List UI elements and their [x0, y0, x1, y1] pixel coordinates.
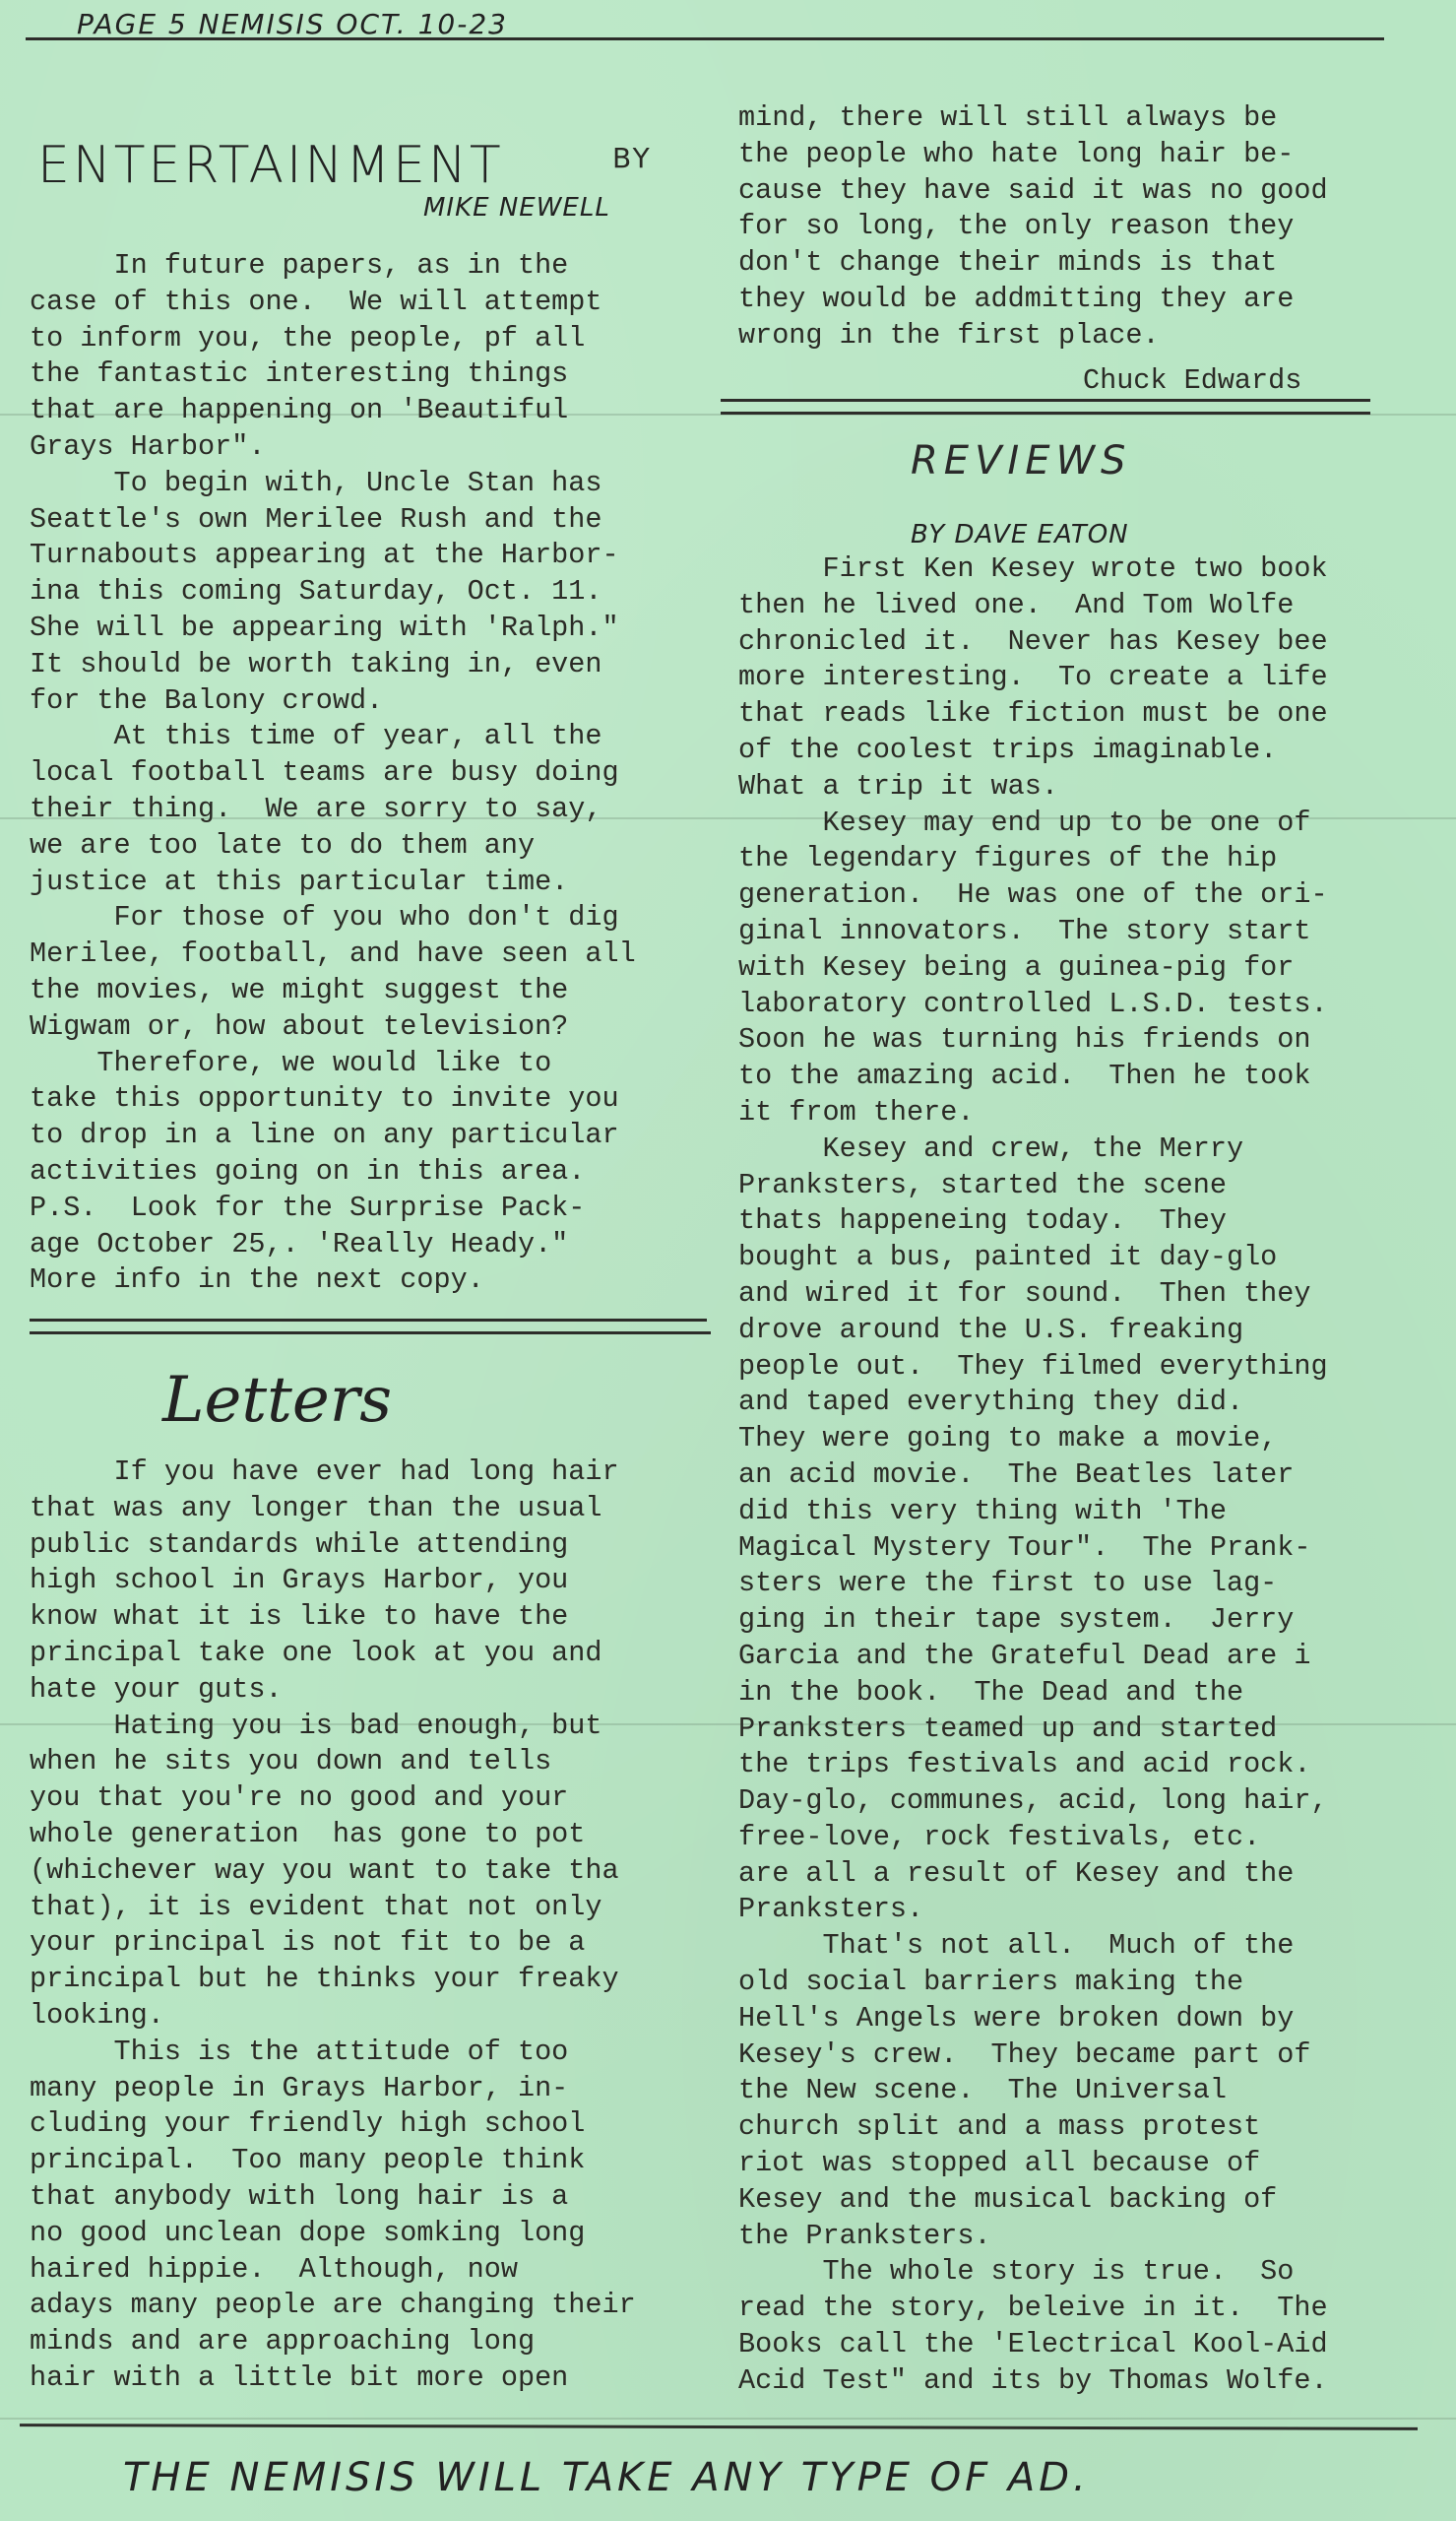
text-line: Pranksters.	[738, 1892, 1328, 1928]
text-line: local football teams are busy doing	[30, 755, 636, 792]
text-line: then he lived one. And Tom Wolfe	[738, 588, 1328, 624]
text-line: P.S. Look for the Surprise Pack-	[30, 1191, 636, 1227]
text-line: Seattle's own Merilee Rush and the	[30, 502, 636, 539]
text-line: are all a result of Kesey and the	[738, 1856, 1328, 1893]
paper-fold-line	[0, 2418, 1456, 2420]
entertainment-heading: ENTERTAINMENT	[37, 136, 504, 195]
text-line: with Kesey being a guinea-pig for	[738, 950, 1328, 987]
text-line: Pranksters teamed up and started	[738, 1712, 1328, 1748]
text-line: we are too late to do them any	[30, 828, 636, 865]
text-line: Turnabouts appearing at the Harbor-	[30, 538, 636, 574]
text-line: thats happeneing today. They	[738, 1203, 1328, 1240]
section-divider-rule	[30, 1331, 711, 1334]
text-line: it from there.	[738, 1095, 1328, 1131]
text-line: principal take one look at you and	[30, 1636, 636, 1672]
text-line: In future papers, as in the	[30, 248, 636, 285]
text-line: Acid Test" and its by Thomas Wolfe.	[738, 2363, 1328, 2400]
entertainment-article-body: In future papers, as in thecase of this …	[30, 248, 636, 1299]
text-line: the New scene. The Universal	[738, 2073, 1328, 2109]
letters-article-body: If you have ever had long hairthat was a…	[30, 1454, 636, 2397]
text-line: ginal innovators. The story start	[738, 914, 1328, 950]
text-line: old social barriers making the	[738, 1965, 1328, 2001]
letters-signature: Chuck Edwards	[1083, 364, 1301, 397]
text-line: their thing. We are sorry to say,	[30, 792, 636, 828]
publication-name: NEMISIS	[199, 8, 326, 40]
text-line: bought a bus, painted it day-glo	[738, 1240, 1328, 1276]
text-line: your principal is not fit to be a	[30, 1925, 636, 1962]
text-line: the people who hate long hair be-	[738, 137, 1328, 173]
text-line: of the coolest trips imaginable.	[738, 733, 1328, 769]
text-line: wrong in the first place.	[738, 318, 1328, 355]
text-line: case of this one. We will attempt	[30, 285, 636, 321]
text-line: to the amazing acid. Then he took	[738, 1059, 1328, 1095]
section-divider-rule	[721, 399, 1370, 402]
text-line: First Ken Kesey wrote two book	[738, 551, 1328, 588]
text-line: did this very thing with 'The	[738, 1494, 1328, 1530]
text-line: don't change their minds is that	[738, 245, 1328, 282]
text-line: no good unclean dope somking long	[30, 2216, 636, 2252]
text-line: principal. Too many people think	[30, 2143, 636, 2179]
text-line: This is the attitude of too	[30, 2035, 636, 2071]
text-line: an acid movie. The Beatles later	[738, 1457, 1328, 1494]
text-line: and wired it for sound. Then they	[738, 1276, 1328, 1313]
text-line: justice at this particular time.	[30, 865, 636, 901]
text-line: Soon he was turning his friends on	[738, 1022, 1328, 1059]
text-line: laboratory controlled L.S.D. tests.	[738, 987, 1328, 1023]
text-line: to drop in a line on any particular	[30, 1118, 636, 1154]
text-line: that reads like fiction must be one	[738, 696, 1328, 733]
text-line: mind, there will still always be	[738, 100, 1328, 137]
text-line: Books call the 'Electrical Kool-Aid	[738, 2327, 1328, 2363]
section-divider-rule	[30, 1319, 707, 1322]
text-line: sters were the first to use lag-	[738, 1566, 1328, 1602]
text-line: Kesey and the musical backing of	[738, 2182, 1328, 2219]
text-line: What a trip it was.	[738, 769, 1328, 806]
text-line: for so long, the only reason they	[738, 209, 1328, 245]
text-line: Pranksters, started the scene	[738, 1168, 1328, 1204]
text-line: that are happening on 'Beautiful	[30, 393, 636, 429]
text-line: chronicled it. Never has Kesey bee	[738, 624, 1328, 661]
text-line: At this time of year, all the	[30, 719, 636, 755]
text-line: That's not all. Much of the	[738, 1928, 1328, 1965]
text-line: Kesey's crew. They became part of	[738, 2037, 1328, 2074]
text-line: minds and are approaching long	[30, 2324, 636, 2360]
text-line: Therefore, we would like to	[30, 1046, 636, 1082]
text-line: when he sits you down and tells	[30, 1744, 636, 1780]
text-line: It should be worth taking in, even	[30, 647, 636, 683]
text-line: Magical Mystery Tour". The Prank-	[738, 1530, 1328, 1567]
text-line: more interesting. To create a life	[738, 660, 1328, 696]
text-line: and taped everything they did.	[738, 1385, 1328, 1421]
text-line: Hell's Angels were broken down by	[738, 2001, 1328, 2037]
text-line: Garcia and the Grateful Dead are i	[738, 1639, 1328, 1675]
text-line: that was any longer than the usual	[30, 1491, 636, 1527]
text-line: people out. They filmed everything	[738, 1349, 1328, 1386]
text-line: hair with a little bit more open	[30, 2360, 636, 2397]
text-line: that), it is evident that not only	[30, 1890, 636, 1926]
text-line: Merilee, football, and have seen all	[30, 937, 636, 973]
text-line: Day-glo, communes, acid, long hair,	[738, 1783, 1328, 1820]
text-line: take this opportunity to invite you	[30, 1081, 636, 1118]
text-line: riot was stopped all because of	[738, 2146, 1328, 2182]
text-line: the movies, we might suggest the	[30, 973, 636, 1009]
text-line: to inform you, the people, pf all	[30, 321, 636, 357]
text-line: high school in Grays Harbor, you	[30, 1563, 636, 1599]
text-line: church split and a mass protest	[738, 2109, 1328, 2146]
text-line: cause they have said it was no good	[738, 173, 1328, 210]
text-line: ina this coming Saturday, Oct. 11.	[30, 574, 636, 611]
text-line: Grays Harbor".	[30, 429, 636, 466]
text-line: More info in the next copy.	[30, 1262, 636, 1299]
text-line: principal but he thinks your freaky	[30, 1962, 636, 1998]
text-line: know what it is like to have the	[30, 1599, 636, 1636]
text-line: Hating you is bad enough, but	[30, 1709, 636, 1745]
text-line: To begin with, Uncle Stan has	[30, 466, 636, 502]
text-line: The whole story is true. So	[738, 2254, 1328, 2291]
text-line: whole generation has gone to pot	[30, 1817, 636, 1853]
text-line: you that you're no good and your	[30, 1780, 636, 1817]
text-line: activities going on in this area.	[30, 1154, 636, 1191]
text-line: Kesey and crew, the Merry	[738, 1131, 1328, 1168]
entertainment-by: BY	[612, 142, 653, 174]
text-line: ging in their tape system. Jerry	[738, 1602, 1328, 1639]
text-line: that anybody with long hair is a	[30, 2179, 636, 2216]
text-line: adays many people are changing their	[30, 2288, 636, 2324]
footer-ad-notice: THE NEMISIS WILL TAKE ANY TYPE OF AD.	[123, 2455, 1090, 2500]
text-line: age October 25,. 'Really Heady."	[30, 1227, 636, 1263]
text-line: If you have ever had long hair	[30, 1454, 636, 1491]
text-line: free-love, rock festivals, etc.	[738, 1820, 1328, 1856]
reviews-article-body: First Ken Kesey wrote two bookthen he li…	[738, 551, 1328, 2400]
text-line: She will be appearing with 'Ralph."	[30, 611, 636, 647]
text-line: the trips festivals and acid rock.	[738, 1747, 1328, 1783]
text-line: Kesey may end up to be one of	[738, 806, 1328, 842]
letters-heading: Letters	[162, 1364, 392, 1437]
text-line: generation. He was one of the ori-	[738, 877, 1328, 914]
text-line: read the story, beleive in it. The	[738, 2291, 1328, 2327]
text-line: public standards while attending	[30, 1527, 636, 1564]
text-line: For those of you who don't dig	[30, 900, 636, 937]
letters-article-continued: mind, there will still always bethe peop…	[738, 100, 1328, 355]
masthead: PAGE 5 NEMISIS OCT. 10-23	[77, 8, 508, 40]
text-line: the legendary figures of the hip	[738, 841, 1328, 877]
text-line: they would be addmitting they are	[738, 282, 1328, 318]
text-line: looking.	[30, 1998, 636, 2035]
text-line: cluding your friendly high school	[30, 2106, 636, 2143]
text-line: for the Balony crowd.	[30, 683, 636, 720]
reviews-heading: REVIEWS	[911, 438, 1131, 484]
text-line: Wigwam or, how about television?	[30, 1009, 636, 1046]
text-line: They were going to make a movie,	[738, 1421, 1328, 1457]
text-line: the Pranksters.	[738, 2219, 1328, 2255]
text-line: (whichever way you want to take tha	[30, 1853, 636, 1890]
text-line: many people in Grays Harbor, in-	[30, 2071, 636, 2107]
entertainment-author: MIKE NEWELL	[423, 193, 610, 223]
issue-dates: OCT. 10-23	[336, 8, 508, 40]
text-line: drove around the U.S. freaking	[738, 1313, 1328, 1349]
section-divider-rule	[721, 412, 1370, 415]
text-line: hate your guts.	[30, 1672, 636, 1709]
reviews-author: BY DAVE EATON	[911, 520, 1129, 549]
text-line: haired hippie. Although, now	[30, 2252, 636, 2289]
text-line: in the book. The Dead and the	[738, 1675, 1328, 1712]
masthead-rule	[26, 37, 1384, 40]
page-number: PAGE 5	[77, 8, 188, 40]
text-line: the fantastic interesting things	[30, 356, 636, 393]
